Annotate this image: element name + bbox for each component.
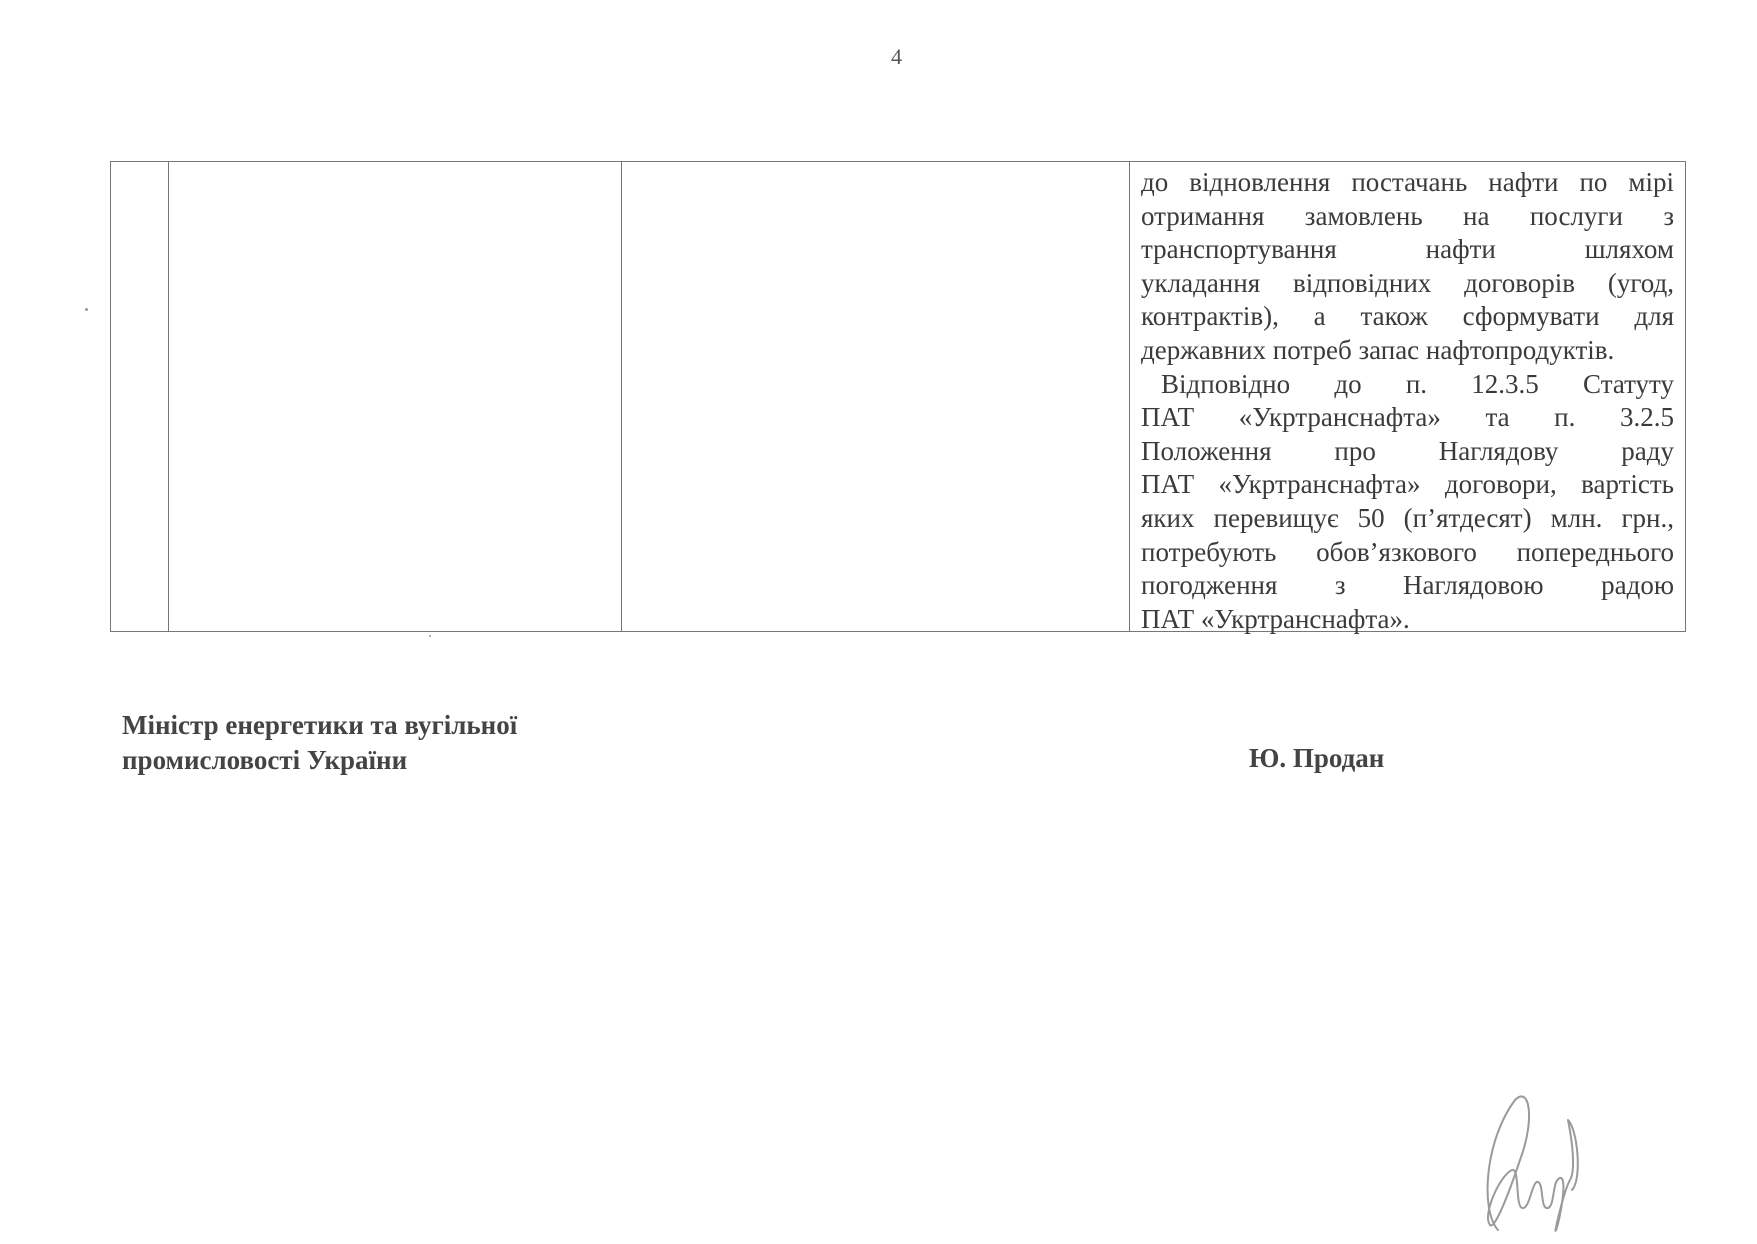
table-cell-last-column: до відновлення постачань нафти по міріот… [1141,166,1674,636]
cell-text-line: до відновлення постачань нафти по мірі [1141,166,1674,200]
cell-text-line: державних потреб запас нафтопродуктів. [1141,334,1674,368]
minister-position-line1: Міністр енергетики та вугільної [122,708,517,743]
scan-artifact [85,308,88,311]
cell-text-line: контрактів), а також сформувати для [1141,300,1674,334]
cell-text-line: отримання замовлень на послуги з [1141,200,1674,234]
cell-text-line: потребують обов’язкового попереднього [1141,536,1674,570]
minister-position-line2: промисловості України [122,743,517,778]
minister-position: Міністр енергетики та вугільної промисло… [122,708,517,778]
cell-text-line: ПАТ «Укртранснафта» та п. 3.2.5 [1141,401,1674,435]
cell-text-line: транспортування нафти шляхом [1141,233,1674,267]
handwritten-signature-icon [1460,1080,1600,1244]
cell-text-line: погодження з Наглядовою радою [1141,569,1674,603]
signer-name: Ю. Продан [1249,743,1384,774]
scan-artifact [429,635,431,637]
cell-text-line: Положення про Наглядову раду [1141,435,1674,469]
page-number: 4 [891,44,902,70]
cell-text-line: укладання відповідних договорів (угод, [1141,267,1674,301]
cell-text-line: Відповідно до п. 12.3.5 Статуту [1141,368,1674,402]
cell-text-line: ПАТ «Укртранснафта». [1141,603,1674,637]
cell-text-line: ПАТ «Укртранснафта» договори, вартість [1141,468,1674,502]
cell-text-line: яких перевищує 50 (п’ятдесят) млн. грн., [1141,502,1674,536]
table-col-border-5 [1685,161,1686,632]
table-col-border-2 [168,161,169,632]
table-top-border [110,161,1686,162]
table-col-border-4 [1129,161,1130,632]
table-col-border-3 [621,161,622,632]
table-col-border-1 [110,161,111,632]
